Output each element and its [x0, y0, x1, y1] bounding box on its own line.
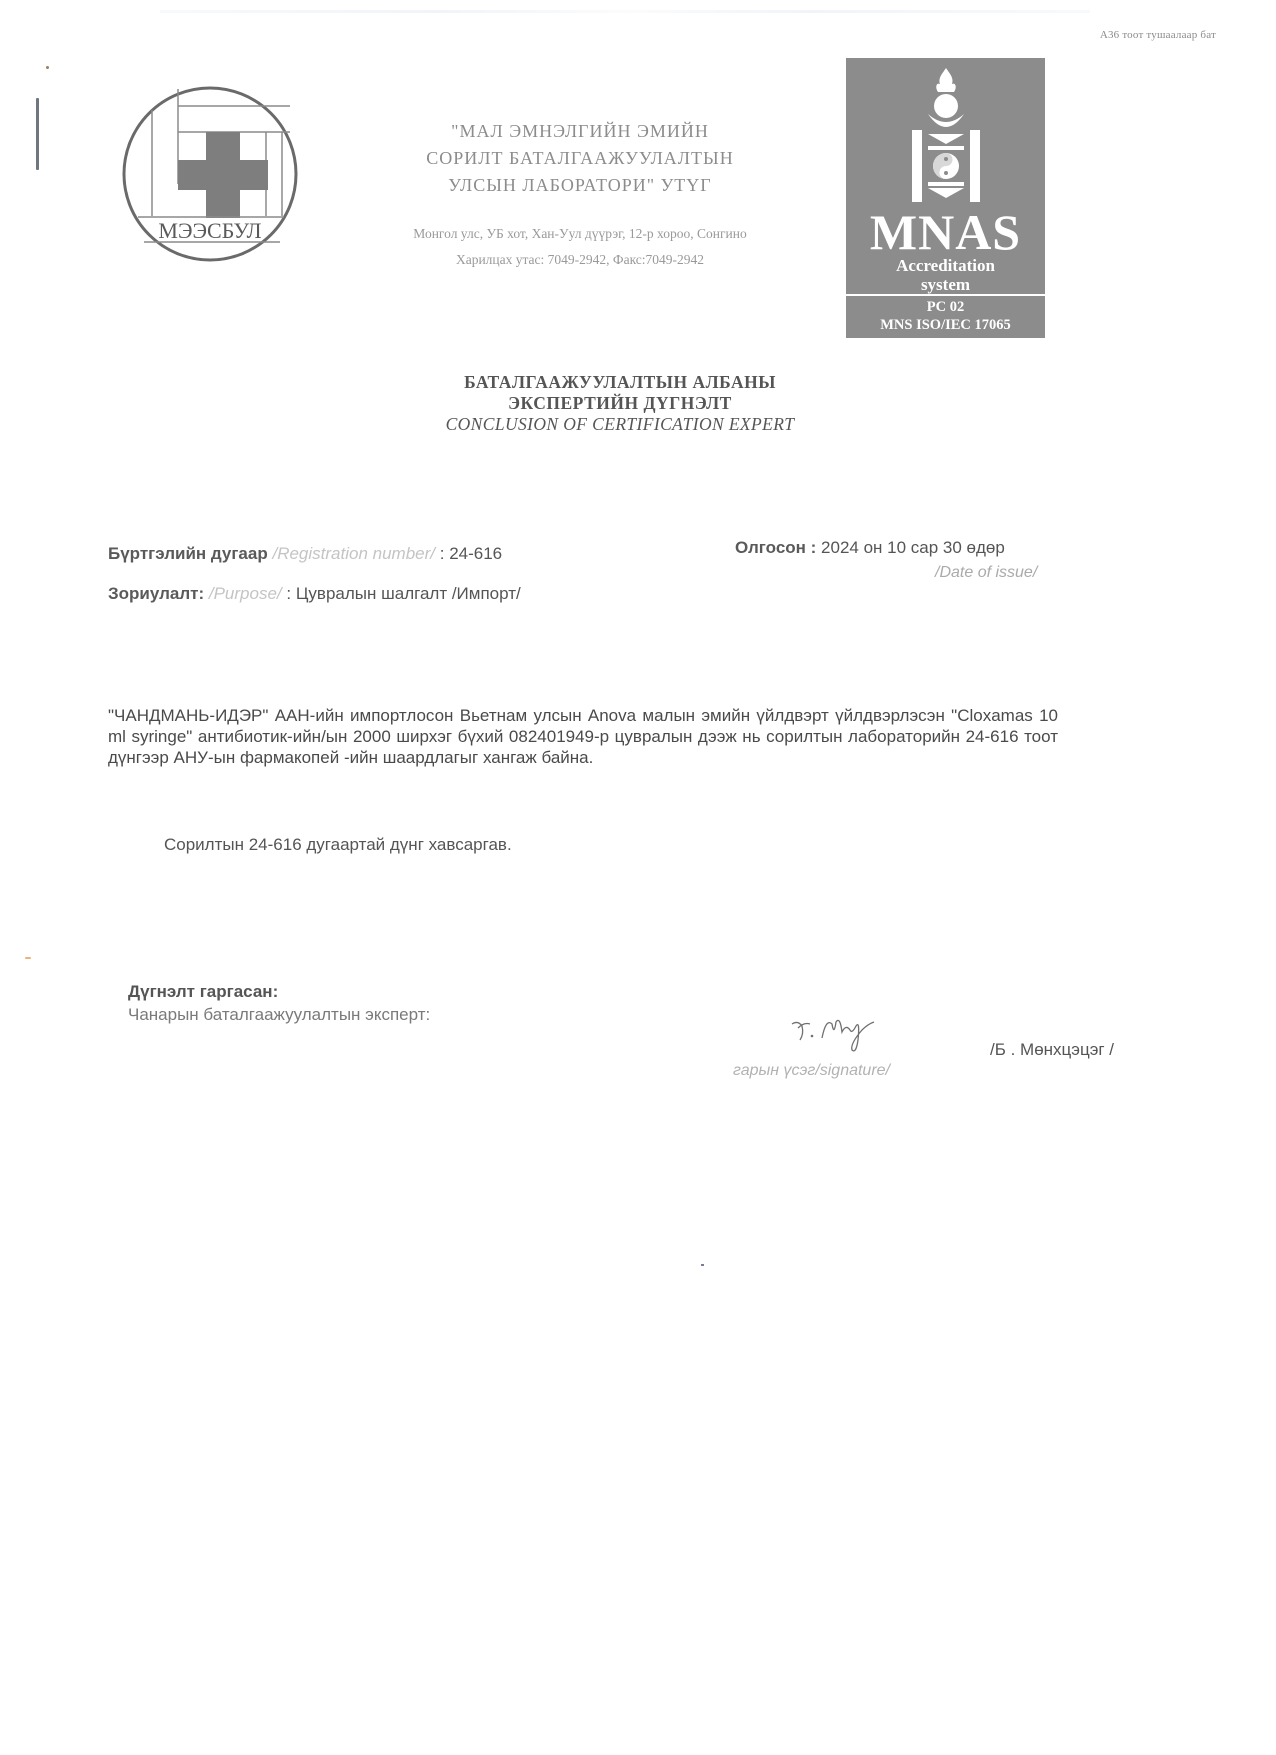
signature-heading: Дүгнэлт гаргасан:: [128, 982, 278, 1002]
registration-label-en: /Registration number/: [272, 544, 435, 563]
mnas-subtitle: Accreditation system: [846, 256, 1045, 294]
scan-speck: [701, 1264, 704, 1266]
separator: :: [440, 544, 445, 563]
lab-header: "МАЛ ЭМНЭЛГИЙН ЭМИЙН СОРИЛТ БАТАЛГААЖУУЛ…: [360, 118, 800, 273]
registration-number-field: Бүртгэлийн дугаар /Registration number/ …: [108, 544, 502, 564]
lab-emblem-cross-icon: МЭЭСБУЛ: [112, 84, 308, 264]
mnas-standard-line: MNS ISO/IEC 17065: [846, 316, 1045, 334]
mnas-accreditation-logo: MNAS Accreditation system PC 02 MNS ISO/…: [846, 58, 1045, 338]
document-title: БАТАЛГААЖУУЛАЛТЫН АЛБАНЫ ЭКСПЕРТИЙН ДҮГН…: [380, 372, 860, 435]
mnas-accreditation-code: PC 02 MNS ISO/IEC 17065: [846, 298, 1045, 334]
approval-order-note: А36 тоот тушаалаар бат: [1100, 29, 1216, 41]
purpose-label: Зориулалт:: [108, 584, 204, 603]
title-line-english: CONCLUSION OF CERTIFICATION EXPERT: [380, 414, 860, 435]
mnas-divider: [846, 294, 1045, 296]
purpose-value: Цувралын шалгалт /Импорт/: [296, 584, 521, 603]
attachment-note: Сорилтын 24-616 дугаартай дүнг хавсаргав…: [164, 835, 512, 855]
signer-name: /Б . Мөнхцэцэг /: [990, 1040, 1114, 1060]
mnas-subtitle-line: system: [846, 275, 1045, 294]
scan-artifact-top-edge: [160, 10, 1090, 13]
title-line-1: БАТАЛГААЖУУЛАЛТЫН АЛБАНЫ: [380, 372, 860, 393]
issued-label: Олгосон :: [735, 538, 816, 557]
address-line: Монгол улс, УБ хот, Хан-Уул дүүрэг, 12-р…: [360, 221, 800, 247]
mnas-title: MNAS: [846, 206, 1045, 258]
scan-speck: [46, 66, 49, 69]
registration-label: Бүртгэлийн дугаар: [108, 544, 268, 563]
contact-line: Харилцах утас: 7049-2942, Факс:7049-2942: [360, 247, 800, 273]
purpose-label-en: /Purpose/: [209, 584, 282, 603]
scan-speck: [25, 957, 31, 959]
signer-role: Чанарын баталгаажуулалтын эксперт:: [128, 1005, 430, 1025]
registration-value: 24-616: [449, 544, 502, 563]
handwritten-signature-icon: [788, 1010, 888, 1060]
mnas-subtitle-line: Accreditation: [846, 256, 1045, 275]
lab-name: "МАЛ ЭМНЭЛГИЙН ЭМИЙН СОРИЛТ БАТАЛГААЖУУЛ…: [360, 118, 800, 199]
soyombo-icon: [902, 64, 990, 214]
lab-emblem-logo: МЭЭСБУЛ: [112, 84, 308, 264]
conclusion-paragraph: "ЧАНДМАНЬ-ИДЭР" ААН-ийн импортлосон Вьет…: [108, 705, 1058, 768]
mnas-code-line: PC 02: [846, 298, 1045, 316]
lab-address: Монгол улс, УБ хот, Хан-Уул дүүрэг, 12-р…: [360, 221, 800, 273]
lab-name-line: "МАЛ ЭМНЭЛГИЙН ЭМИЙН: [360, 118, 800, 145]
emblem-text: МЭЭСБУЛ: [158, 218, 261, 243]
issued-value: 2024 он 10 сар 30 өдөр: [821, 538, 1005, 557]
date-of-issue-field: Олгосон : 2024 он 10 сар 30 өдөр: [735, 538, 1005, 558]
separator: :: [286, 584, 291, 603]
issued-label-en: /Date of issue/: [935, 564, 1037, 582]
purpose-field: Зориулалт: /Purpose/ : Цувралын шалгалт …: [108, 584, 521, 604]
binder-hole-mark: [36, 98, 39, 170]
title-line-2: ЭКСПЕРТИЙН ДҮГНЭЛТ: [380, 393, 860, 414]
lab-name-line: УЛСЫН ЛАБОРАТОРИ" УТҮГ: [360, 172, 800, 199]
lab-name-line: СОРИЛТ БАТАЛГААЖУУЛАЛТЫН: [360, 145, 800, 172]
signature-label: гарын үсэг/signature/: [733, 1062, 890, 1080]
